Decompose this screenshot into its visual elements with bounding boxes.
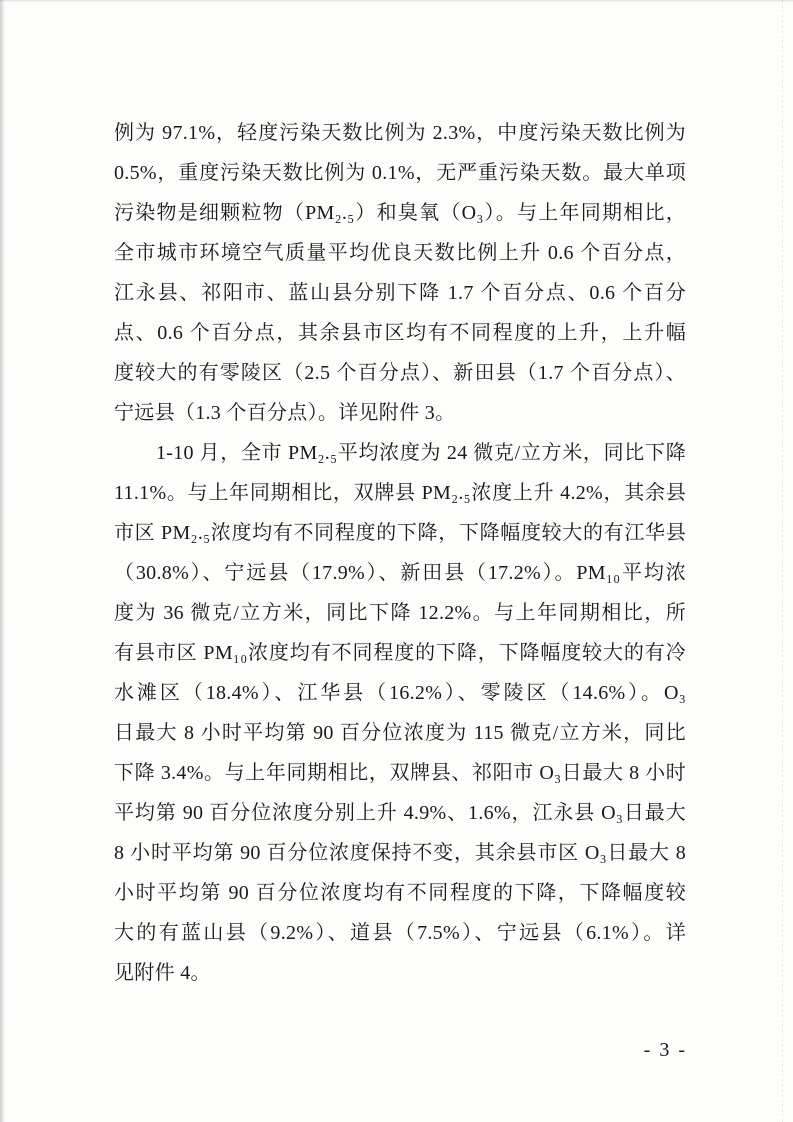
scan-artifact-left-edge xyxy=(0,0,5,1122)
text-line: 8 小时平均第 90 百分位浓度保持不变，其余县市区 O₃日最大 8 xyxy=(114,833,686,873)
document-page: 例为 97.1%，轻度污染天数比例为 2.3%，中度污染天数比例为 0.5%，重… xyxy=(0,0,793,1122)
text-line: 11.1%。与上年同期相比，双牌县 PM₂.₅浓度上升 4.2%，其余县 xyxy=(114,473,686,513)
body-text: 例为 97.1%，轻度污染天数比例为 2.3%，中度污染天数比例为 0.5%，重… xyxy=(114,113,686,993)
text-line: 污染物是细颗粒物（PM₂.₅）和臭氧（O₃）。与上年同期相比， xyxy=(114,193,686,233)
text-line: 下降 3.4%。与上年同期相比，双牌县、祁阳市 O₃日最大 8 小时 xyxy=(114,753,686,793)
text-line: 平均第 90 百分位浓度分别上升 4.9%、1.6%，江永县 O₃日最大 xyxy=(114,793,686,833)
text-line: 全市城市环境空气质量平均优良天数比例上升 0.6 个百分点， xyxy=(114,233,686,273)
text-line: 度较大的有零陵区（2.5 个百分点）、新田县（1.7 个百分点）、 xyxy=(114,353,686,393)
text-line: 见附件 4。 xyxy=(114,953,686,993)
text-line: 0.5%，重度污染天数比例为 0.1%，无严重污染天数。最大单项 xyxy=(114,153,686,193)
text-line: 日最大 8 小时平均第 90 百分位浓度为 115 微克/立方米，同比 xyxy=(114,713,686,753)
text-line: 市区 PM₂.₅浓度均有不同程度的下降，下降幅度较大的有江华县 xyxy=(114,513,686,553)
text-line: 水滩区（18.4%）、江华县（16.2%）、零陵区（14.6%）。O₃ xyxy=(114,673,686,713)
text-line: 大的有蓝山县（9.2%）、道县（7.5%）、宁远县（6.1%）。详 xyxy=(114,913,686,953)
text-line: 度为 36 微克/立方米，同比下降 12.2%。与上年同期相比，所 xyxy=(114,593,686,633)
text-line: 有县市区 PM₁₀浓度均有不同程度的下降，下降幅度较大的有冷 xyxy=(114,633,686,673)
text-line: 点、0.6 个百分点，其余县市区均有不同程度的上升，上升幅 xyxy=(114,313,686,353)
text-line: 宁远县（1.3 个百分点）。详见附件 3。 xyxy=(114,393,686,433)
page-number: - 3 - xyxy=(644,1036,687,1064)
scan-artifact-top-edge xyxy=(0,0,793,2)
scan-artifact-right-edge xyxy=(782,0,783,1122)
text-line: 1-10 月，全市 PM₂.₅平均浓度为 24 微克/立方米，同比下降 xyxy=(114,433,686,473)
text-line: 小时平均第 90 百分位浓度均有不同程度的下降，下降幅度较 xyxy=(114,873,686,913)
text-line: 江永县、祁阳市、蓝山县分别下降 1.7 个百分点、0.6 个百分 xyxy=(114,273,686,313)
text-line: 例为 97.1%，轻度污染天数比例为 2.3%，中度污染天数比例为 xyxy=(114,113,686,153)
text-line: （30.8%）、宁远县（17.9%）、新田县（17.2%）。PM₁₀平均浓 xyxy=(114,553,686,593)
